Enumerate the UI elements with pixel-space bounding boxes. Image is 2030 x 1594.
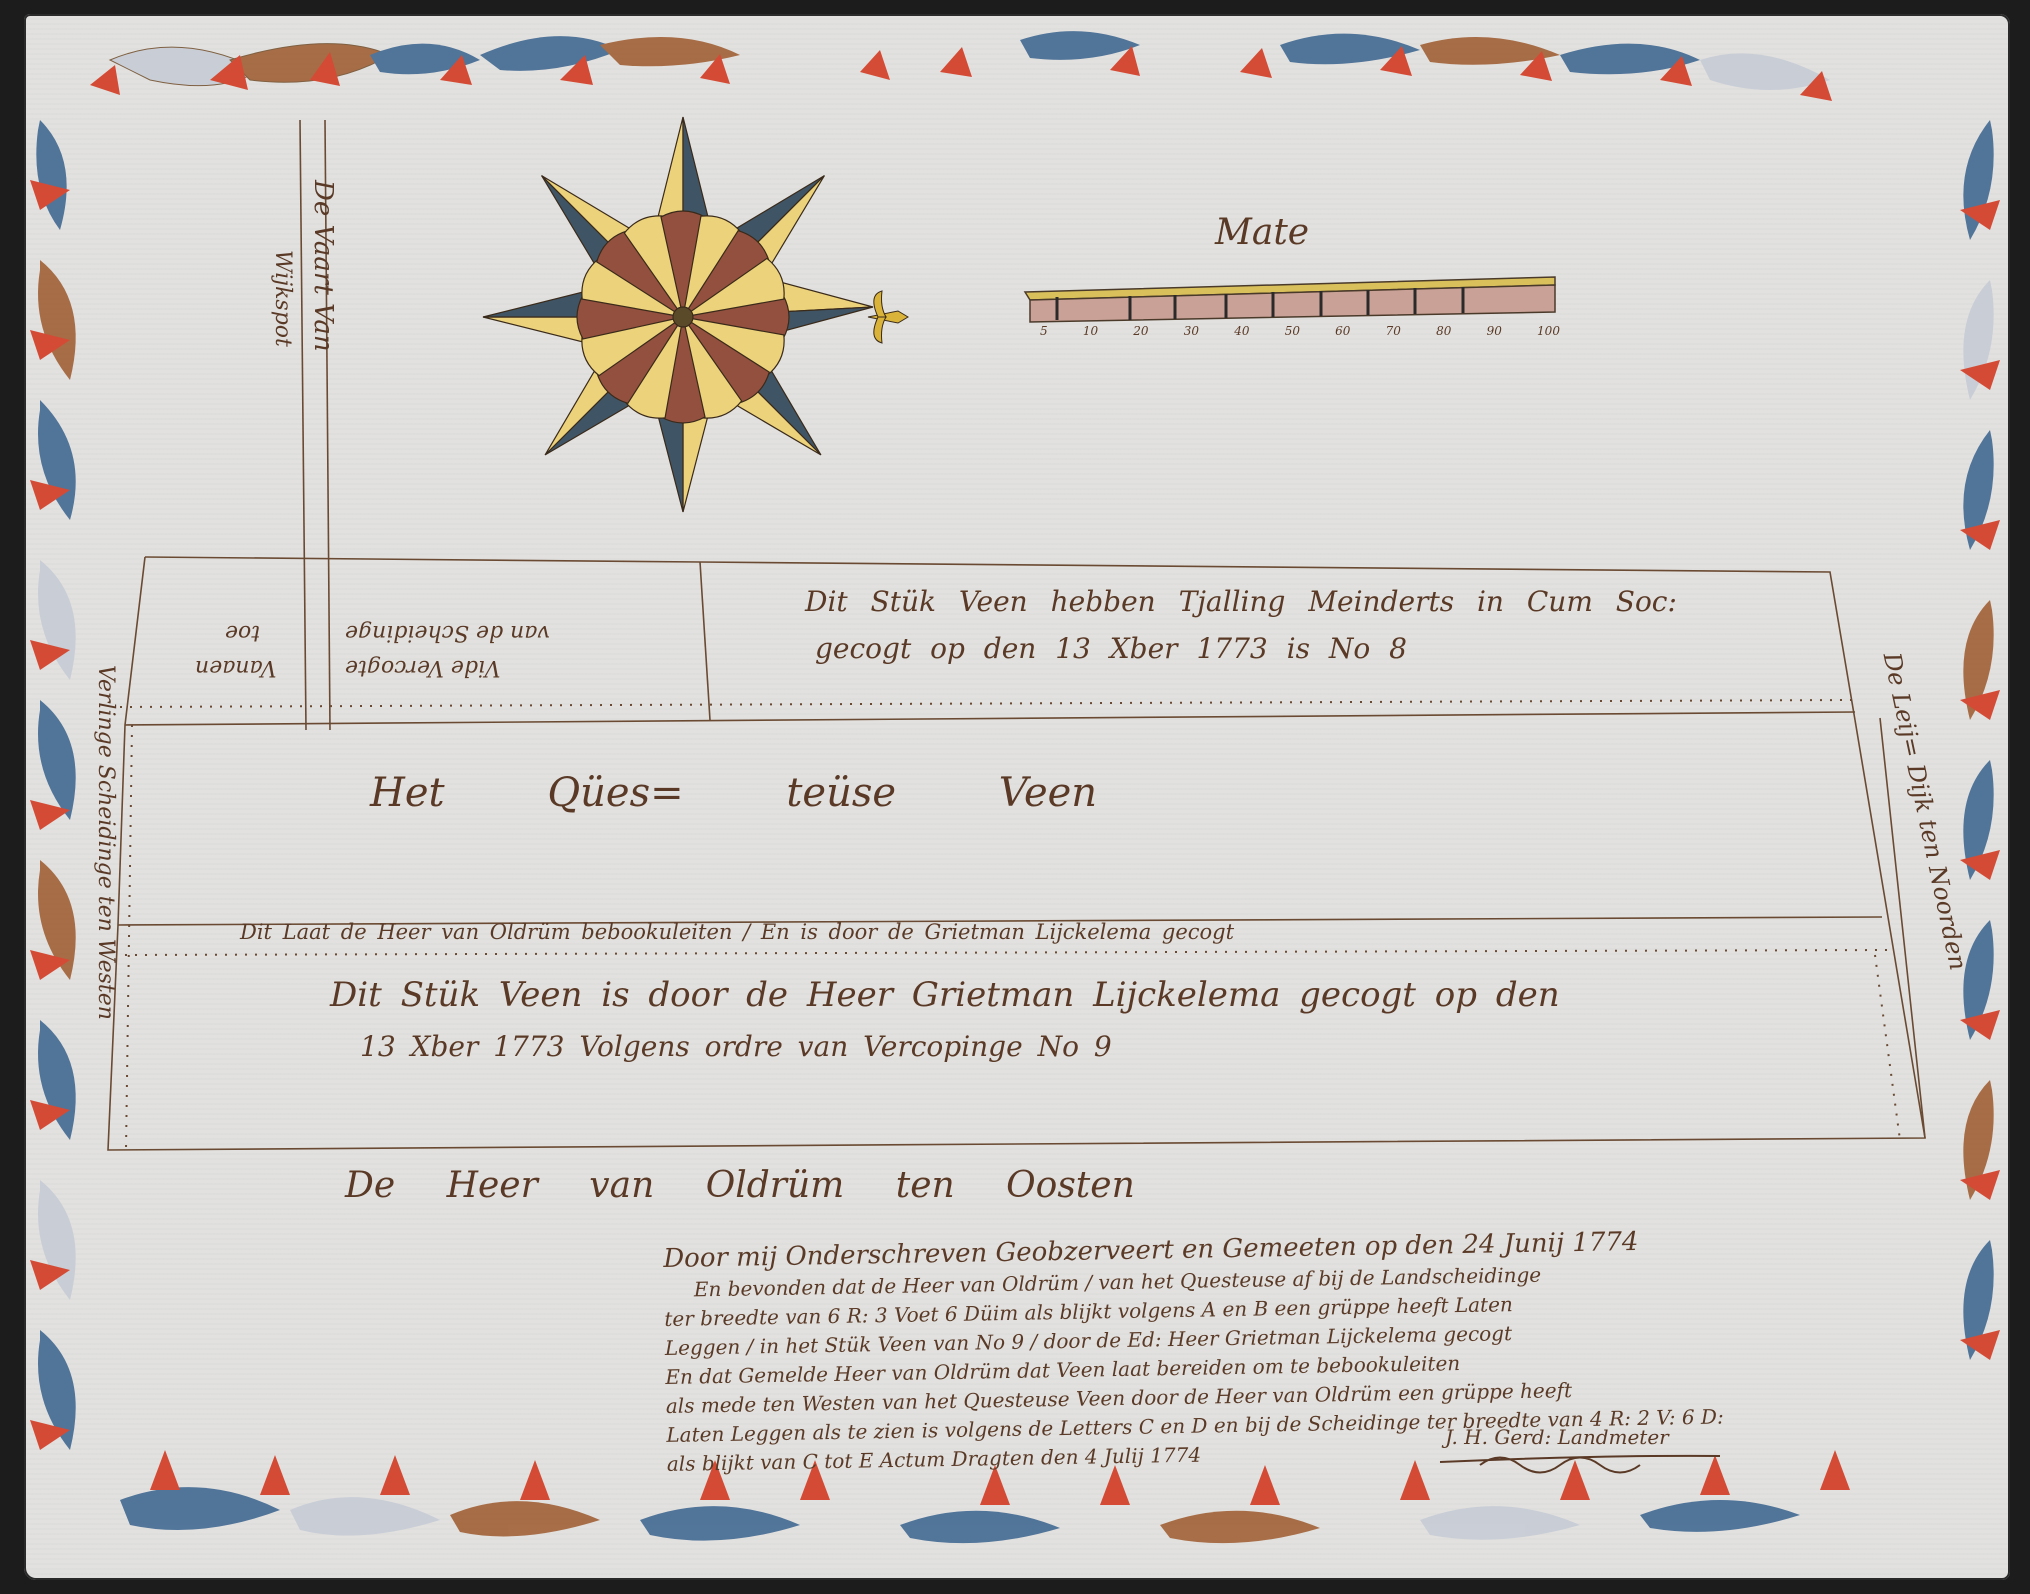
parcel-9-line1: Dit Stük Veen is door de Heer Grietman L… (330, 975, 1560, 1015)
scale-tick: 30 (1184, 324, 1199, 338)
upside-note-3: Vanaen (195, 655, 276, 680)
scale-tick: 20 (1133, 324, 1148, 338)
label-wijkspot: Wijkspot (270, 250, 295, 347)
scale-tick: 40 (1234, 324, 1249, 338)
surveyor-signature: J. H. Gerd: Landmeter (1445, 1425, 1669, 1449)
parcel-middle-label: Het Qües= teüse Veen (370, 770, 1097, 816)
fleur-de-lis-icon (868, 291, 908, 343)
parcel-strip-label: Dit Laat de Heer van Oldrüm bebookuleite… (240, 920, 1234, 944)
scale-tick: 90 (1487, 324, 1502, 338)
scale-tick: 10 (1083, 324, 1098, 338)
label-de-vaart: De Vaart Van (308, 180, 338, 352)
scale-tick: 5 (1040, 324, 1048, 338)
scale-tick: 80 (1436, 324, 1451, 338)
upside-note-1: Vide Vercogte (345, 655, 501, 680)
scale-ticks: 5 10 20 30 40 50 60 70 80 90 100 (1040, 324, 1560, 338)
scale-tick: 50 (1285, 324, 1300, 338)
scale-bar (1025, 277, 1555, 322)
upside-note-2: van de Scheidinge (345, 620, 550, 645)
label-west: Verlinge Scheidinge ten Westen (93, 665, 118, 1020)
upside-note-4: toe (225, 620, 260, 645)
scale-tick: 100 (1537, 324, 1560, 338)
parcel-8-line1: Dit Stük Veen hebben Tjalling Meinderts … (805, 585, 1677, 618)
scale-tick: 70 (1386, 324, 1401, 338)
scale-tick: 60 (1335, 324, 1350, 338)
parcel-8-line2: gecogt op den 13 Xber 1773 is No 8 (815, 632, 1407, 665)
south-label: De Heer van Oldrüm ten Oosten (345, 1165, 1135, 1206)
scale-title: Mate (1215, 212, 1309, 253)
compass-rose (483, 117, 908, 512)
parcel-9-line2: 13 Xber 1773 Volgens ordre van Vercoping… (360, 1030, 1112, 1063)
